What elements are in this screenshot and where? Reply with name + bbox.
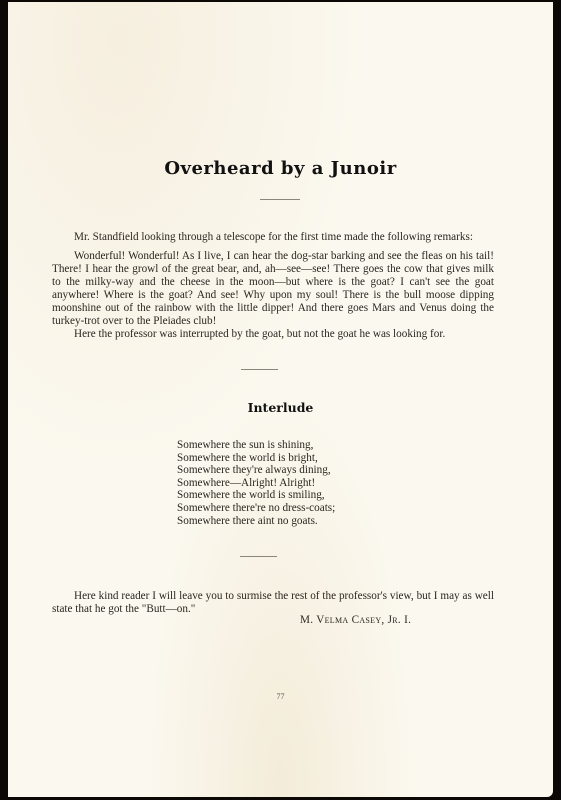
poem-line: Somewhere—Alright! Alright! (177, 477, 335, 490)
body-paragraph: Here the professor was interrupted by th… (52, 328, 494, 341)
body-text: Wonderful! Wonderful! As I live, I can h… (52, 250, 494, 341)
closing-text: Here kind reader I will leave you to sur… (52, 590, 494, 616)
poem-line: Somewhere there aint no goats. (177, 515, 335, 528)
poem-line: Somewhere the sun is shining, (177, 439, 335, 452)
title-rule (260, 199, 300, 200)
poem-line: Somewhere the world is smiling, (177, 489, 335, 502)
poem-line: Somewhere they're always dining, (177, 464, 335, 477)
page-title: Overheard by a Junoir (0, 158, 561, 179)
page-number: 77 (0, 692, 561, 701)
section-divider (241, 369, 278, 370)
intro-paragraph: Mr. Standfield looking through a telesco… (52, 231, 494, 244)
poem-line: Somewhere the world is bright, (177, 452, 335, 465)
poem: Somewhere the sun is shining, Somewhere … (177, 439, 335, 527)
body-paragraph: Wonderful! Wonderful! As I live, I can h… (52, 250, 494, 328)
section-divider (240, 556, 277, 557)
author-signature: M. Velma Casey, Jr. I. (300, 614, 411, 626)
poem-line: Somewhere there're no dress-coats; (177, 502, 335, 515)
closing-paragraph: Here kind reader I will leave you to sur… (52, 590, 494, 616)
section-title: Interlude (0, 400, 561, 415)
